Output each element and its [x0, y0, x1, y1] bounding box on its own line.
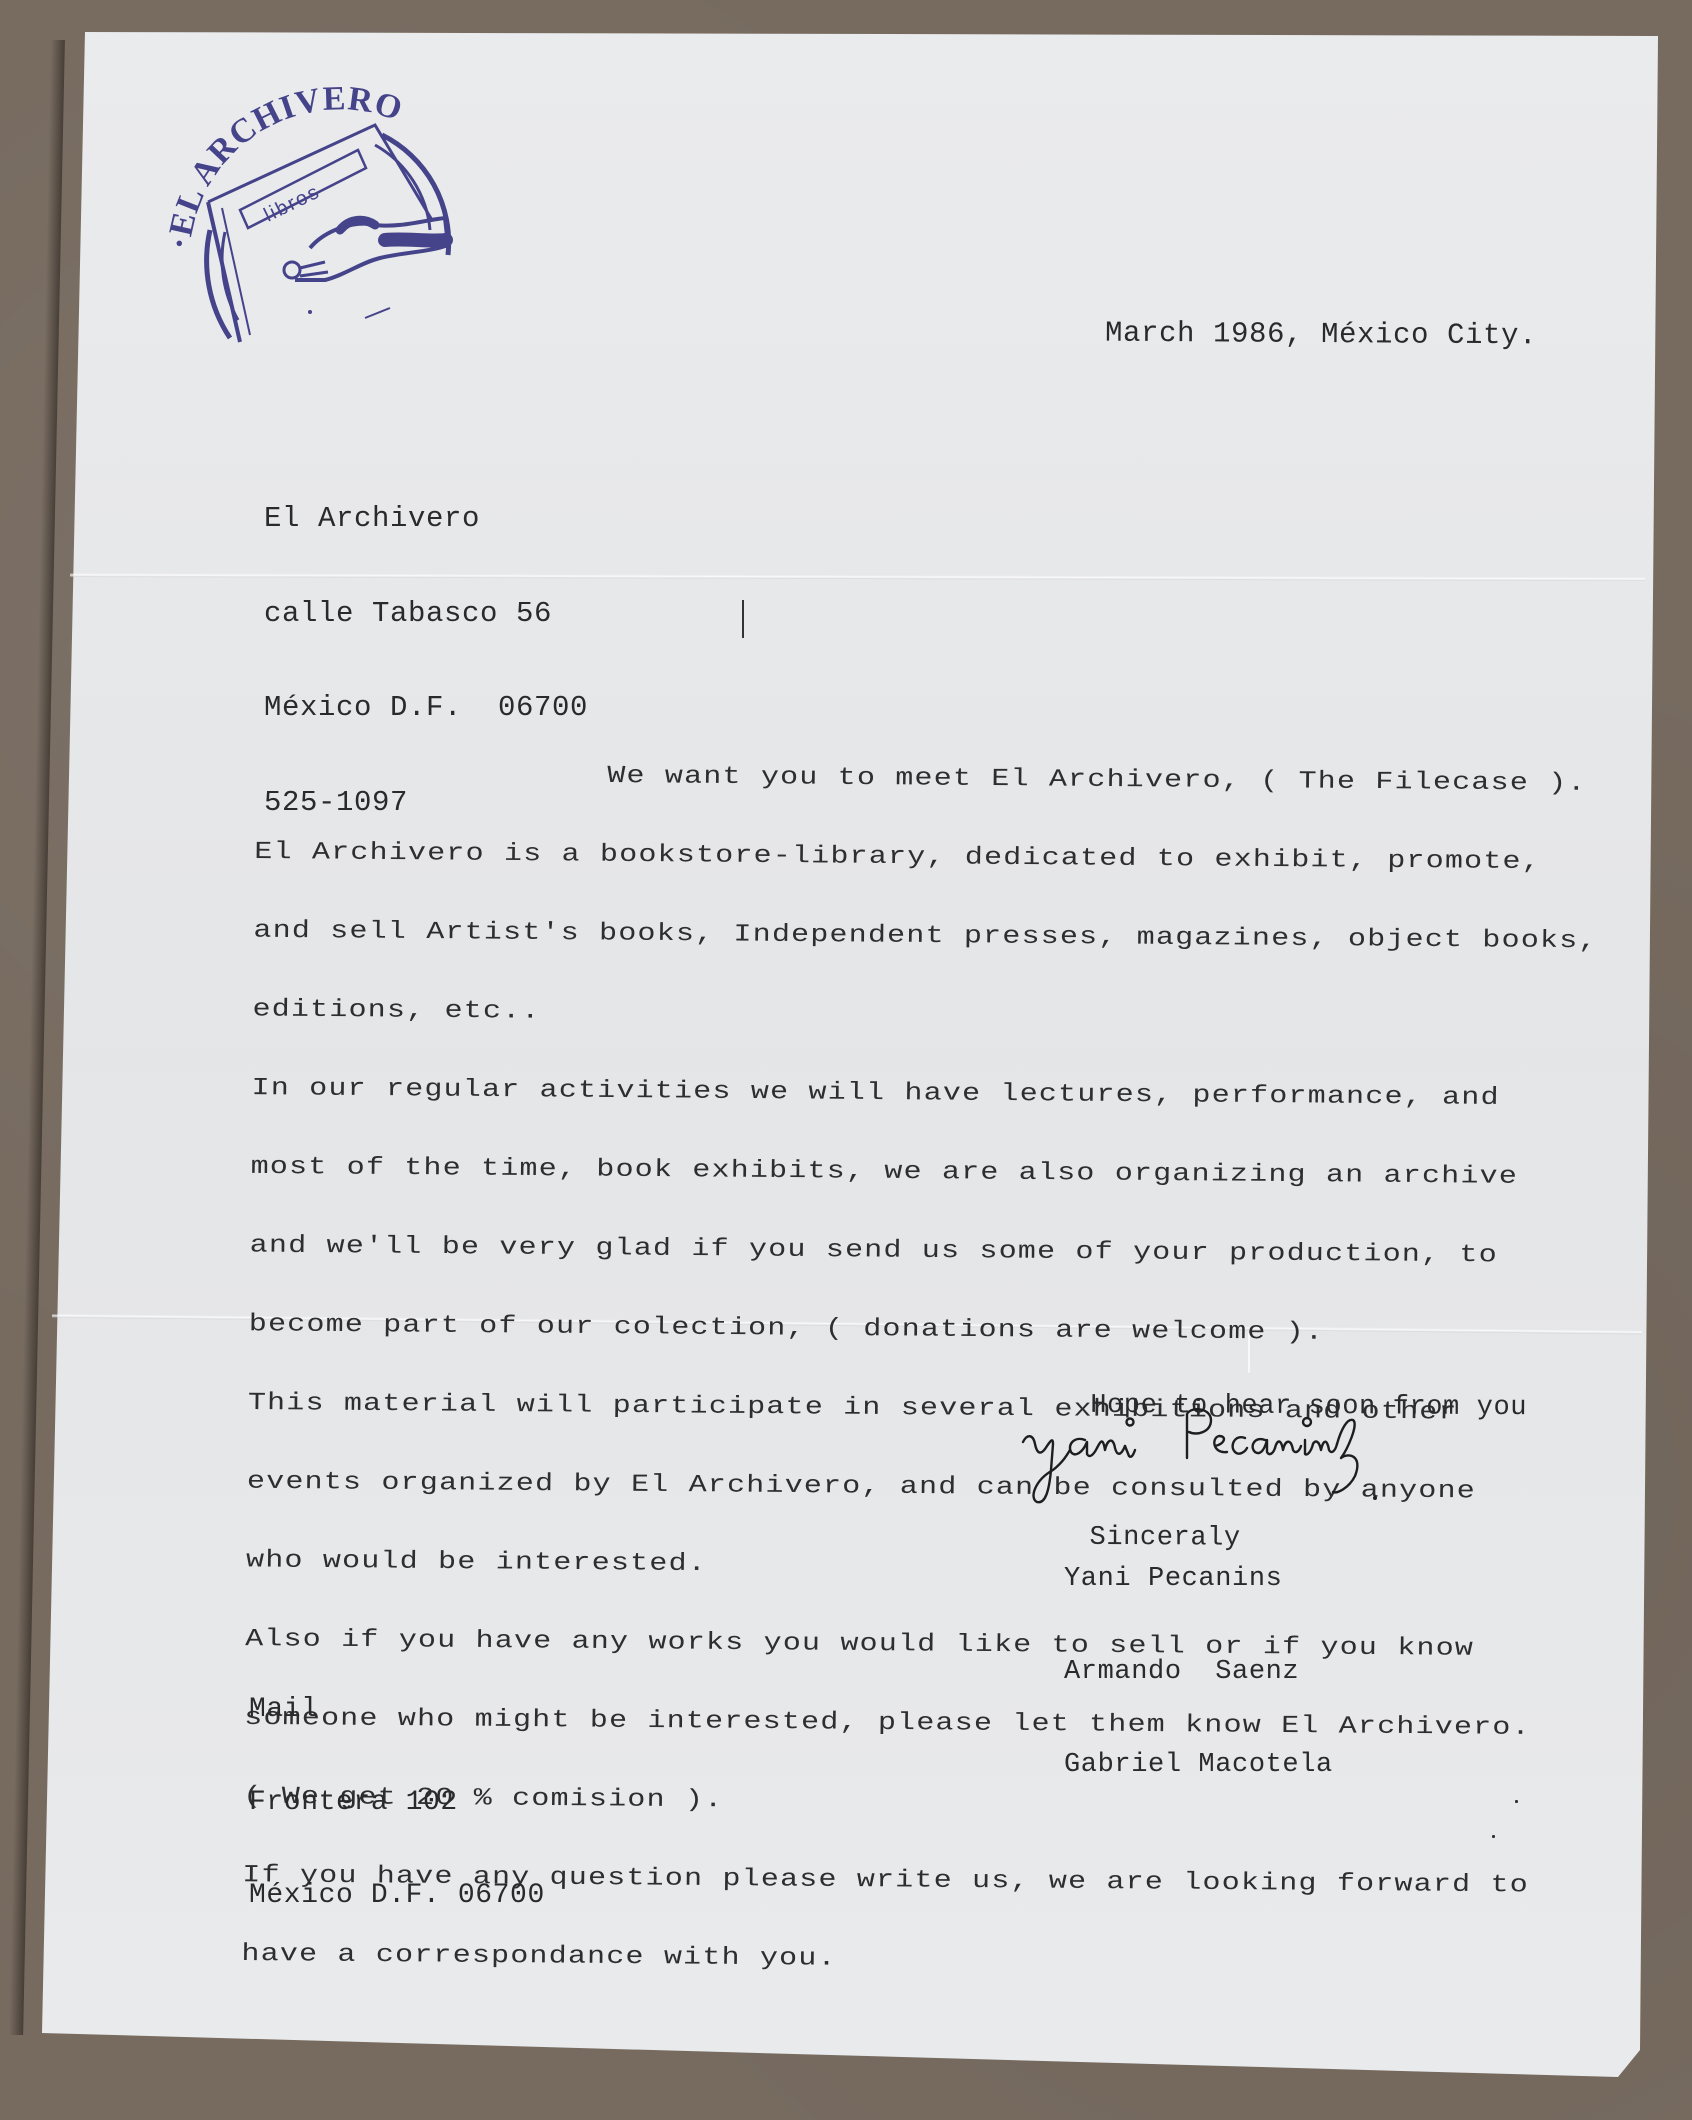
el-archivero-stamp-logo: ·EL ARCHIVERO· libros [150, 80, 500, 380]
stamp-label-text: libros [261, 181, 324, 227]
body-line: El Archivero is a bookstore-library, ded… [254, 840, 1599, 880]
address-line-street: calle Tabasco 56 [264, 598, 588, 630]
body-line: most of the time, book exhibits, we are … [250, 1155, 1595, 1195]
body-line: and sell Artist's books, Independent pre… [253, 919, 1598, 959]
date-line: March 1986, México City. [1105, 317, 1537, 353]
signatories: Yani Pecanins Armando Saenz Gabriel Maco… [1064, 1502, 1333, 1812]
pen-mark [742, 600, 744, 638]
signatory-name: Gabriel Macotela [1064, 1750, 1333, 1781]
body-line: editions, etc.. [252, 997, 1597, 1037]
address-line-name: El Archivero [264, 503, 588, 535]
mail-street: Frontera 102 [249, 1787, 545, 1818]
body-line: have a correspondance with you. [241, 1942, 1586, 1982]
mail-city: México D.F. 06700 [249, 1880, 545, 1911]
handwritten-signature [1015, 1400, 1455, 1515]
mail-label: Mail [249, 1694, 545, 1725]
mail-address: Mail Frontera 102 México D.F. 06700 [249, 1632, 545, 1942]
body-line: We want you to meet El Archivero, ( The … [255, 761, 1600, 801]
body-line: In our regular activities we will have l… [251, 1076, 1596, 1116]
signature-icon [1015, 1400, 1455, 1515]
signatory-name: Armando Saenz [1064, 1657, 1333, 1688]
body-line: and we'll be very glad if you send us so… [250, 1233, 1595, 1273]
stamp-icon: ·EL ARCHIVERO· libros [150, 80, 500, 380]
signatory-name: Yani Pecanins [1064, 1564, 1333, 1595]
